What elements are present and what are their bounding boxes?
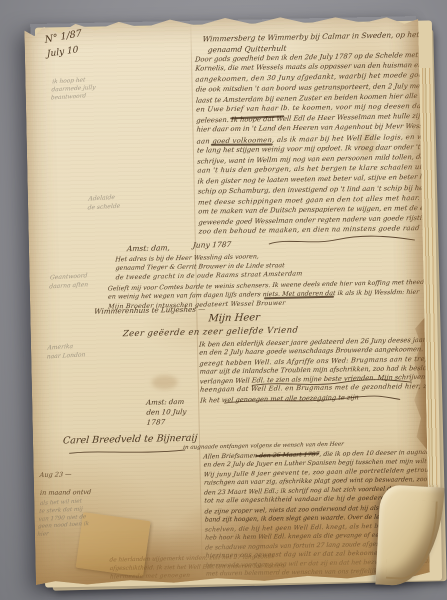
photo-background: N° 1/87 July 10 Wimmersberg te Wimmerby … [0,0,447,600]
pencil-note-mid3: Amerikanaar London [46,342,86,361]
letter1-body: Door gods goedheid ben ik den 2de July 1… [195,46,447,238]
pencil-note-top: ik hoop hetdaarmede jullybeantwoord [51,76,97,102]
letter2-section-title: Wimmerenhuis te Lutjeshes — [94,304,206,315]
letter1-closing-place: Amst: dam, [127,243,171,253]
letter2-closing: Amst: damden 10 July1787 [146,397,187,428]
handwritten-line: Aug 23 — [39,465,92,484]
ink-strikethrough [211,144,273,146]
pencil-note-bottom: als het wil niette sterk dat mijvan 1790… [37,498,91,540]
foxing-spot [152,375,178,390]
letter1-closing-date: Juny 1787 [193,240,232,250]
letter1-heading-line1: Wimmersberg te Wimmerby bij Calmar in Sw… [202,29,447,43]
pen-flourish [267,232,419,249]
letter1-address: Het adres is bij de Heer Wessling als vo… [115,252,302,282]
letter3-section-title: Carel Breedveld te Bijneraij [62,433,197,447]
letter3-margin-date: Aug 23 —in maand ontvd [39,465,91,502]
pencil-line: daarna aften [49,281,89,292]
letter3-faded-lines: de hierlanden uijgemerkt vinden, zult he… [109,553,284,582]
handwritten-line: 1787 [146,417,187,428]
letter2-salutation: Mijn Heer [208,312,260,324]
pencil-note-mid1: Adelaidede schelde [87,194,121,213]
pen-flourish [67,447,187,458]
manuscript-page: N° 1/87 July 10 Wimmersberg te Wimmerby … [24,10,430,586]
pencil-note-mid2: Geantwoorddaarna aften [49,272,89,291]
letter2-salutation2: Zeer geëerde en zeer geliefde Vriend [122,326,298,340]
pencil-line: beantwoord [51,92,96,102]
pencil-line: naar London [46,351,85,362]
archive-date: July 10 [47,45,79,60]
pencil-line: de schelde [87,202,120,212]
